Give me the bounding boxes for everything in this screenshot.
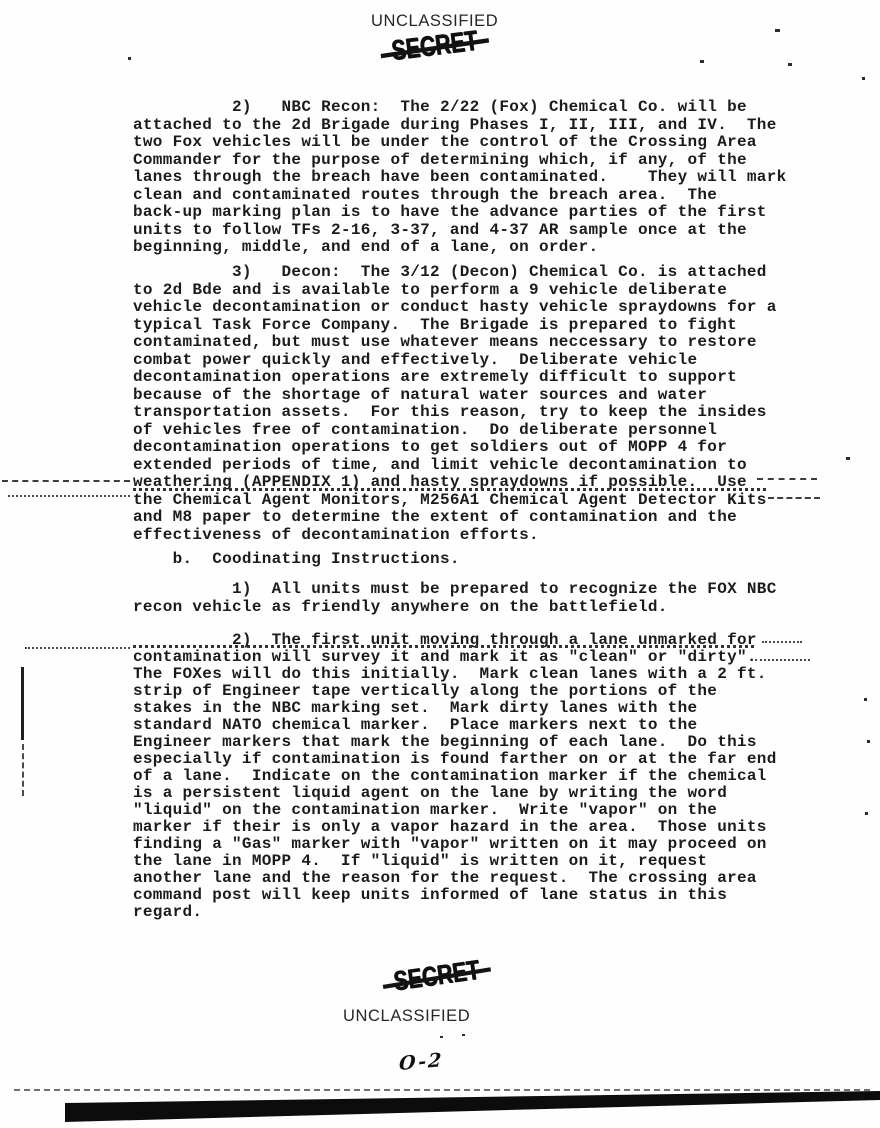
- text-line: is a persistent liquid agent on the lane…: [133, 785, 777, 802]
- scan-speck: [788, 63, 792, 66]
- scan-artifact-fold-right-1: [757, 478, 817, 480]
- scan-artifact-margin-line-solid: [21, 667, 24, 740]
- text-line: 2) The first unit moving through a lane …: [133, 632, 777, 649]
- scan-speck: [775, 29, 780, 32]
- text-line: Commander for the purpose of determining…: [133, 152, 787, 170]
- text-line: clean and contaminated routes through th…: [133, 187, 787, 205]
- footer-classification-label: UNCLASSIFIED: [343, 1007, 470, 1026]
- text-line: strip of Engineer tape vertically along …: [133, 683, 777, 700]
- scan-artifact-margin-line-dashed: [22, 744, 24, 796]
- scan-speck: [128, 57, 131, 60]
- text-line: to 2d Bde and is available to perform a …: [133, 282, 777, 300]
- text-line: especially if contamination is found far…: [133, 751, 777, 768]
- text-line: transportation assets. For this reason, …: [133, 404, 777, 422]
- scan-artifact-fold-right-3: [762, 641, 802, 643]
- text-line: because of the shortage of natural water…: [133, 387, 777, 405]
- scan-speck: [846, 457, 850, 460]
- text-line: lanes through the breach have been conta…: [133, 169, 787, 187]
- scan-speck: [865, 812, 868, 815]
- text-line: vehicle decontamination or conduct hasty…: [133, 299, 777, 317]
- secret-stamp-footer-text: SECRET: [392, 953, 482, 997]
- paragraph-decon: 3) Decon: The 3/12 (Decon) Chemical Co. …: [133, 264, 777, 544]
- text-line: stakes in the NBC marking set. Mark dirt…: [133, 700, 777, 717]
- scan-artifact-fold-right-4: [755, 659, 810, 661]
- scan-artifact-fold-right-2: [768, 497, 820, 499]
- text-line: 3) Decon: The 3/12 (Decon) Chemical Co. …: [133, 264, 777, 282]
- text-line: Engineer markers that mark the beginning…: [133, 734, 777, 751]
- text-line: the lane in MOPP 4. If "liquid" is writt…: [133, 853, 777, 870]
- text-line: 2) NBC Recon: The 2/22 (Fox) Chemical Co…: [133, 99, 787, 117]
- text-line: contaminated, but must use whatever mean…: [133, 334, 777, 352]
- text-line: finding a "Gas" marker with "vapor" writ…: [133, 836, 777, 853]
- text-line: and M8 paper to determine the extent of …: [133, 509, 777, 527]
- paragraph-coordinating-header: b. Coodinating Instructions.: [133, 551, 460, 569]
- text-line: another lane and the reason for the requ…: [133, 870, 777, 887]
- scan-artifact-fold-left-1: [2, 480, 130, 482]
- paragraph-coordinating-1: 1) All units must be prepared to recogni…: [133, 581, 777, 616]
- text-line: decontamination operations are extremely…: [133, 369, 777, 387]
- text-line: The FOXes will do this initially. Mark c…: [133, 666, 777, 683]
- scan-speck: [867, 740, 870, 743]
- text-line: 1) All units must be prepared to recogni…: [133, 581, 777, 599]
- text-line: contamination will survey it and mark it…: [133, 649, 777, 666]
- scan-artifact-black-wedge: [0, 1085, 880, 1128]
- text-line: beginning, middle, and end of a lane, on…: [133, 239, 787, 257]
- text-line: back-up marking plan is to have the adva…: [133, 204, 787, 222]
- secret-stamp-header: SECRET: [382, 30, 487, 61]
- text-line: command post will keep units informed of…: [133, 887, 777, 904]
- scanned-document-page: UNCLASSIFIED SECRET 2) NBC Recon: The 2/…: [0, 0, 880, 1128]
- text-line: effectiveness of decontamination efforts…: [133, 527, 777, 545]
- text-line: attached to the 2d Brigade during Phases…: [133, 117, 787, 135]
- text-line: of vehicles free of contamination. Do de…: [133, 422, 777, 440]
- secret-stamp-footer: SECRET: [384, 960, 489, 991]
- text-line: typical Task Force Company. The Brigade …: [133, 317, 777, 335]
- text-line: standard NATO chemical marker. Place mar…: [133, 717, 777, 734]
- text-line: two Fox vehicles will be under the contr…: [133, 134, 787, 152]
- text-line: the Chemical Agent Monitors, M256A1 Chem…: [133, 492, 777, 510]
- text-line: recon vehicle as friendly anywhere on th…: [133, 599, 777, 617]
- text-line: "liquid" on the contamination marker. Wr…: [133, 802, 777, 819]
- paragraph-nbc-recon: 2) NBC Recon: The 2/22 (Fox) Chemical Co…: [133, 99, 787, 257]
- scan-artifact-fold-left-2: [8, 495, 130, 497]
- scan-artifact-fold-left-3: [25, 647, 130, 649]
- text-line: b. Coodinating Instructions.: [133, 551, 460, 569]
- page-number-handwritten: O-2: [399, 1049, 444, 1075]
- scan-speck: [440, 1036, 443, 1038]
- scan-speck: [862, 77, 865, 80]
- scan-speck: [462, 1034, 465, 1036]
- text-line: decontamination operations to get soldie…: [133, 439, 777, 457]
- scan-speck: [864, 698, 867, 701]
- text-line: units to follow TFs 2-16, 3-37, and 4-37…: [133, 222, 787, 240]
- scan-speck: [700, 60, 704, 63]
- text-line: of a lane. Indicate on the contamination…: [133, 768, 777, 785]
- text-line: regard.: [133, 904, 777, 921]
- text-line: marker if their is only a vapor hazard i…: [133, 819, 777, 836]
- text-line: combat power quickly and effectively. De…: [133, 352, 777, 370]
- text-line: extended periods of time, and limit vehi…: [133, 457, 777, 475]
- paragraph-coordinating-2: 2) The first unit moving through a lane …: [133, 632, 777, 921]
- text-line: weathering (APPENDIX 1) and hasty sprayd…: [133, 474, 777, 492]
- secret-stamp-header-text: SECRET: [390, 24, 480, 68]
